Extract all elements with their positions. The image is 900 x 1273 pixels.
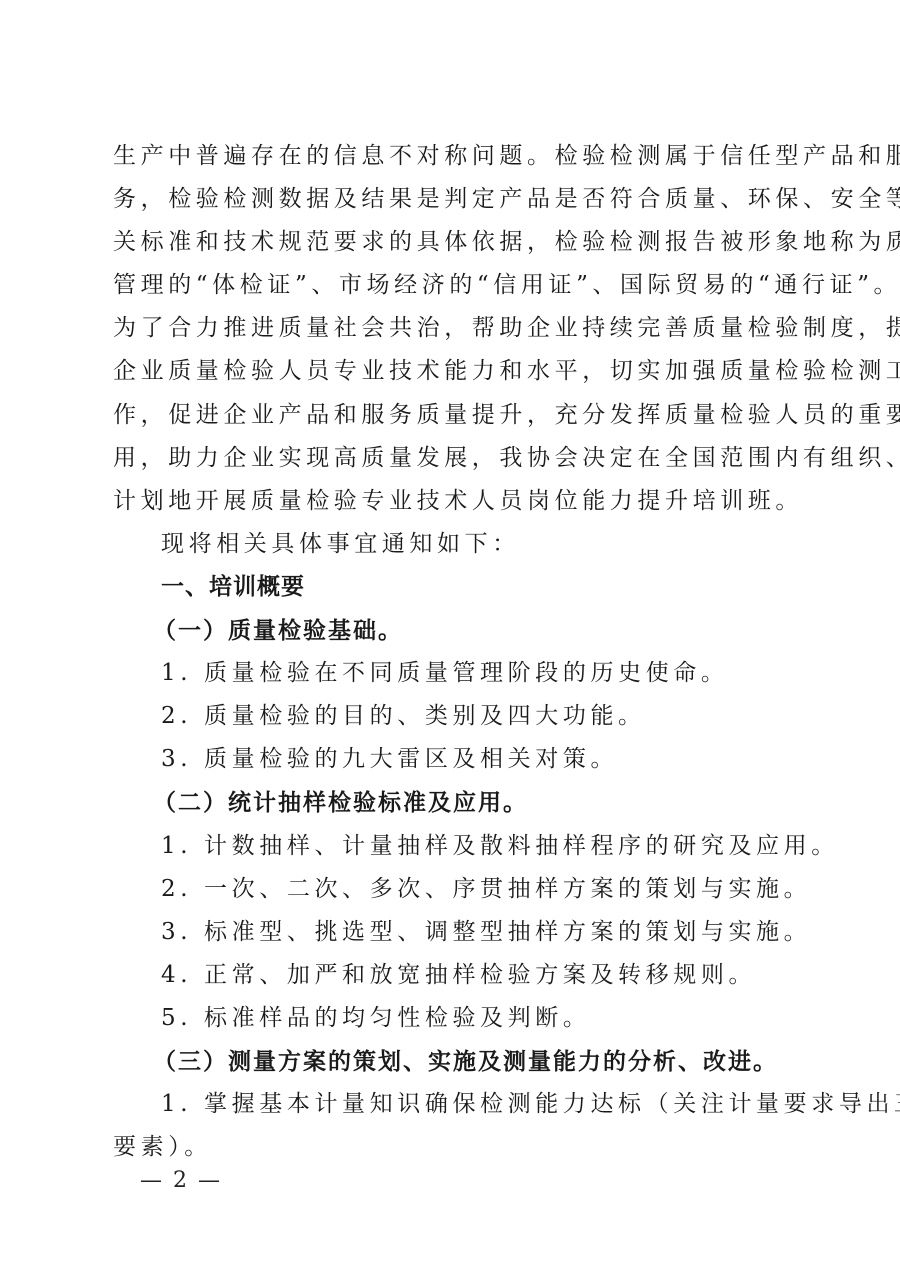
document-page: 生产中普遍存在的信息不对称问题。检验检测属于信任型产品和服 务，检验检测数据及结…	[113, 135, 789, 1169]
paragraph-line: 为了合力推进质量社会共治，帮助企业持续完善质量检验制度，提高	[113, 307, 789, 350]
paragraph-line: 关标准和技术规范要求的具体依据，检验检测报告被形象地称为质量	[113, 221, 789, 264]
section-heading: 一、培训概要	[113, 566, 789, 609]
paragraph-line: 作，促进企业产品和服务质量提升，充分发挥质量检验人员的重要作	[113, 394, 789, 437]
page-number: — 2 —	[140, 1168, 222, 1193]
subsection-heading: （二）统计抽样检验标准及应用。	[113, 781, 789, 824]
list-item: 2. 质量检验的目的、类别及四大功能。	[113, 695, 789, 738]
subsection-heading: （一）质量检验基础。	[113, 609, 789, 652]
list-item: 1. 质量检验在不同质量管理阶段的历史使命。	[113, 652, 789, 695]
subsection-heading: （三）测量方案的策划、实施及测量能力的分析、改进。	[113, 1040, 789, 1083]
paragraph-line: 企业质量检验人员专业技术能力和水平，切实加强质量检验检测工	[113, 350, 789, 393]
list-item-continuation: 要素）。	[113, 1126, 789, 1169]
notice-line: 现将相关具体事宜通知如下：	[113, 523, 789, 566]
paragraph-line: 计划地开展质量检验专业技术人员岗位能力提升培训班。	[113, 480, 789, 523]
list-item: 5. 标准样品的均匀性检验及判断。	[113, 997, 789, 1040]
list-item: 2. 一次、二次、多次、序贯抽样方案的策划与实施。	[113, 868, 789, 911]
paragraph-line: 生产中普遍存在的信息不对称问题。检验检测属于信任型产品和服	[113, 135, 789, 178]
paragraph-line: 务，检验检测数据及结果是判定产品是否符合质量、环保、安全等相	[113, 178, 789, 221]
paragraph-line: 管理的“体检证”、市场经济的“信用证”、国际贸易的“通行证”。	[113, 264, 789, 307]
list-item: 3. 标准型、挑选型、调整型抽样方案的策划与实施。	[113, 911, 789, 954]
list-item: 1. 计数抽样、计量抽样及散料抽样程序的研究及应用。	[113, 825, 789, 868]
list-item: 3. 质量检验的九大雷区及相关对策。	[113, 738, 789, 781]
list-item: 1. 掌握基本计量知识确保检测能力达标（关注计量要求导出三	[113, 1083, 789, 1126]
list-item: 4. 正常、加严和放宽抽样检验方案及转移规则。	[113, 954, 789, 997]
paragraph-line: 用，助力企业实现高质量发展，我协会决定在全国范围内有组织、有	[113, 437, 789, 480]
